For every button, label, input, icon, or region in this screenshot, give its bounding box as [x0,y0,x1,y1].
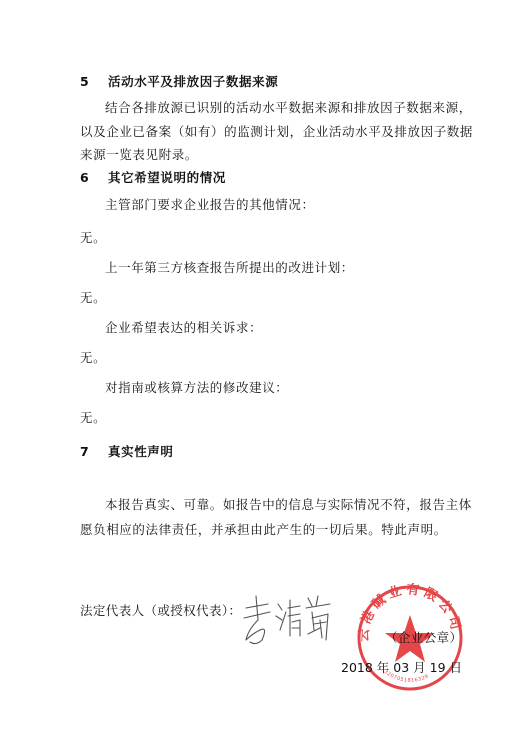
section-number: 5 [80,74,108,90]
section-5-paragraph-line-2: 以及企业已备案（如有）的监测计划，企业活动水平及排放因子数据 [80,124,473,140]
section-number: 7 [80,444,108,460]
document-page: 5活动水平及排放因子数据来源 结合各排放源已识别的活动水平数据来源和排放因子数据… [0,0,527,747]
section-title: 其它希望说明的情况 [108,170,226,185]
section-number: 6 [80,170,108,186]
section-6-answer-2: 无。 [80,290,106,306]
section-6-heading: 6其它希望说明的情况 [80,170,226,186]
signature-date: 2018 年 03 月 19 日 [341,660,462,676]
section-6-prompt-4: 对指南或核算方法的修改建议： [105,380,288,396]
section-5-heading: 5活动水平及排放因子数据来源 [80,74,278,90]
section-5-paragraph-line-3: 来源一览表见附录。 [80,147,198,163]
section-6-answer-4: 无。 [80,410,106,426]
section-title: 活动水平及排放因子数据来源 [108,74,278,89]
section-7-paragraph-line-1: 本报告真实、可靠。如报告中的信息与实际情况不符，报告主体 [105,497,472,513]
legal-representative-label: 法定代表人（或授权代表）： [80,603,241,619]
section-6-prompt-1: 主管部门要求企业报告的其他情况： [105,197,315,213]
section-title: 真实性声明 [108,444,174,459]
section-5-paragraph-line-1: 结合各排放源已识别的活动水平数据来源和排放因子数据来源， [105,100,472,116]
section-7-paragraph-line-2: 愿负相应的法律责任，并承担由此产生的一切后果。特此声明。 [80,522,447,538]
section-6-prompt-3: 企业希望表达的相关诉求： [105,320,262,336]
section-6-answer-1: 无。 [80,230,106,246]
section-6-prompt-2: 上一年第三方核查报告所提出的改进计划： [105,260,354,276]
handwritten-signature [238,590,338,650]
company-seal-label: （企业公章） [385,630,462,646]
section-6-answer-3: 无。 [80,350,106,366]
section-7-heading: 7真实性声明 [80,444,174,460]
